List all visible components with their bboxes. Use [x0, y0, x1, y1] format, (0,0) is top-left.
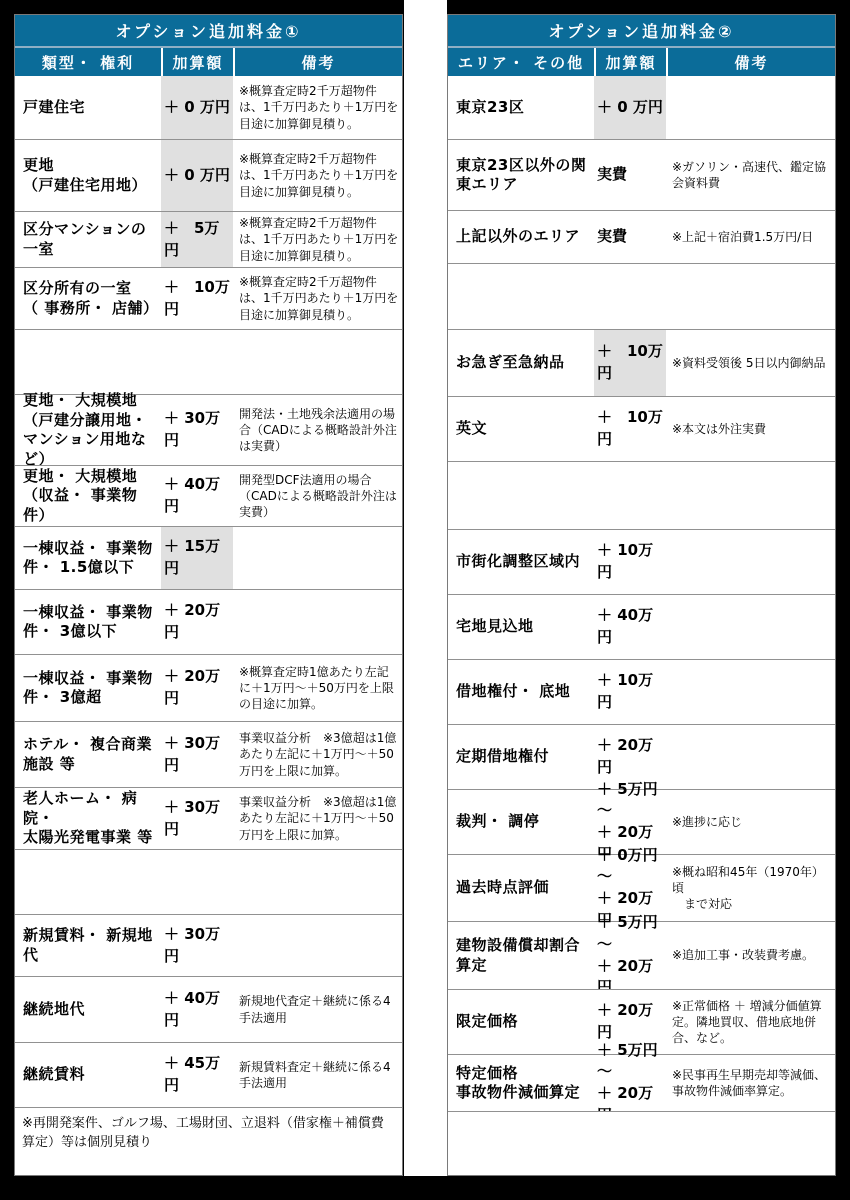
table-row: 上記以外のエリア実費※上記＋宿泊費1.5万円/日 [448, 210, 835, 263]
note-cell [233, 850, 402, 914]
table2-column-header-amount: 加算額 [594, 48, 666, 76]
type-cell: 限定価格 [448, 990, 594, 1054]
note-cell: ※概算査定時2千万超物件は、1千万円あたり＋1万円を目途に加算御見積り。 [233, 76, 402, 139]
table-row [15, 849, 402, 914]
type-cell: 継続地代 [15, 977, 161, 1042]
pricing-table-2: オプション追加料金② エリア・ その他 加算額 備考 東京23区＋ 0 万円東京… [447, 14, 836, 1176]
table-row: 特定価格 事故物件減価算定＋ 5万円～ ＋ 20万円※民事再生早期売却等減価、事… [448, 1054, 835, 1111]
type-cell: 一棟収益・ 事業物件・ 3億以下 [15, 590, 161, 654]
table1-body: 戸建住宅＋ 0 万円※概算査定時2千万超物件は、1千万円あたり＋1万円を目途に加… [15, 76, 402, 1107]
table2-body: 東京23区＋ 0 万円東京23区以外の関東エリア実費※ガソリン・高速代、鑑定協会… [448, 76, 835, 1175]
type-cell: 借地権付・ 底地 [448, 660, 594, 724]
amount-cell: ＋ 0 万円 [594, 76, 666, 139]
type-cell: 老人ホーム・ 病院・ 太陽光発電事業 等 [15, 788, 161, 849]
note-cell [233, 330, 402, 394]
amount-cell: ＋ 30万円 [161, 395, 233, 465]
type-cell [448, 462, 594, 529]
table2-column-header-area: エリア・ その他 [448, 48, 594, 76]
table-row: お急ぎ至急納品＋ 10万円※資料受領後 5日以内御納品 [448, 329, 835, 396]
note-cell: ※概算査定時2千万超物件は、1千万円あたり＋1万円を目途に加算御見積り。 [233, 212, 402, 267]
type-cell: 一棟収益・ 事業物件・ 3億超 [15, 655, 161, 721]
type-cell [15, 850, 161, 914]
amount-cell: ＋ 30万円 [161, 915, 233, 976]
amount-cell [161, 330, 233, 394]
center-gap-strip [404, 0, 447, 1176]
table-row: 区分マンションの一室＋ 5万円※概算査定時2千万超物件は、1千万円あたり＋1万円… [15, 211, 402, 267]
type-cell: 更地 （戸建住宅用地） [15, 140, 161, 211]
type-cell: 英文 [448, 397, 594, 461]
note-cell: ※概算査定時2千万超物件は、1千万円あたり＋1万円を目途に加算御見積り。 [233, 140, 402, 211]
type-cell: 一棟収益・ 事業物件・ 1.5億以下 [15, 527, 161, 589]
note-cell [666, 76, 835, 139]
note-cell: 開発法・土地残余法適用の場合（CADによる概略設計外注は実費） [233, 395, 402, 465]
note-cell [666, 595, 835, 659]
note-cell: ※概算査定時1億あたり左記に＋1万円～＋50万円を上限の目途に加算。 [233, 655, 402, 721]
amount-cell: 実費 [594, 140, 666, 210]
table-row: 継続賃料＋ 45万円新規賃料査定＋継続に係る4手法適用 [15, 1042, 402, 1107]
note-cell: ※本文は外注実費 [666, 397, 835, 461]
type-cell: 建物設備償却割合算定 [448, 922, 594, 989]
amount-cell [594, 462, 666, 529]
amount-cell: ＋ 10万円 [594, 530, 666, 594]
type-cell: 更地・ 大規模地 （戸建分譲用地・ マンション用地など） [15, 395, 161, 465]
amount-cell: ＋ 40万円 [594, 595, 666, 659]
table2-column-header-note: 備考 [666, 48, 835, 76]
amount-cell: ＋ 10万円 [594, 397, 666, 461]
table-row: 一棟収益・ 事業物件・ 3億超＋ 20万円※概算査定時1億あたり左記に＋1万円～… [15, 654, 402, 721]
type-cell: お急ぎ至急納品 [448, 330, 594, 396]
amount-cell: ＋ 5万円 [161, 212, 233, 267]
amount-cell: ＋ 0 万円 [161, 140, 233, 211]
table-row: ホテル・ 複合商業施設 等＋ 30万円事業収益分析 ※3億超は1億あたり左記に＋… [15, 721, 402, 787]
amount-cell: ＋ 40万円 [161, 466, 233, 526]
amount-cell [594, 264, 666, 329]
note-cell [666, 725, 835, 789]
note-cell [666, 264, 835, 329]
type-cell [448, 1112, 594, 1175]
type-cell: 区分マンションの一室 [15, 212, 161, 267]
note-cell: 事業収益分析 ※3億超は1億あたり左記に＋1万円～＋50万円を上限に加算。 [233, 788, 402, 849]
table-row: 東京23区＋ 0 万円 [448, 76, 835, 139]
type-cell: 更地・ 大規模地 （収益・ 事業物件） [15, 466, 161, 526]
amount-cell: ＋ 20万円 [161, 655, 233, 721]
table1-column-header-row: 類型・ 権利 加算額 備考 [15, 48, 402, 76]
amount-cell: ＋ 10万円 [594, 330, 666, 396]
amount-cell: ＋ 30万円 [161, 788, 233, 849]
amount-cell: ＋ 45万円 [161, 1043, 233, 1107]
type-cell: 宅地見込地 [448, 595, 594, 659]
table-row: 更地・ 大規模地 （戸建分譲用地・ マンション用地など）＋ 30万円開発法・土地… [15, 394, 402, 465]
table2-column-header-row: エリア・ その他 加算額 備考 [448, 48, 835, 76]
type-cell: 戸建住宅 [15, 76, 161, 139]
amount-cell: ＋ 5万円～ ＋ 20万円 [594, 1055, 666, 1111]
type-cell: 継続賃料 [15, 1043, 161, 1107]
table1-column-header-note: 備考 [233, 48, 402, 76]
type-cell [448, 264, 594, 329]
table-row: 区分所有の一室 （ 事務所・ 店舗）＋ 10万円※概算査定時2千万超物件は、1千… [15, 267, 402, 329]
note-cell: 開発型DCF法適用の場合（CADによる概略設計外注は実費） [233, 466, 402, 526]
table-row: 建物設備償却割合算定＋ 5万円～ ＋ 20万円※追加工事・改装費考慮。 [448, 921, 835, 989]
amount-cell: ＋ 10万円 [594, 660, 666, 724]
type-cell: 東京23区以外の関東エリア [448, 140, 594, 210]
amount-cell: ＋ 30万円 [161, 722, 233, 787]
table1-column-header-amount: 加算額 [161, 48, 233, 76]
type-cell: ホテル・ 複合商業施設 等 [15, 722, 161, 787]
table-row: 英文＋ 10万円※本文は外注実費 [448, 396, 835, 461]
table-row: 更地・ 大規模地 （収益・ 事業物件）＋ 40万円開発型DCF法適用の場合（CA… [15, 465, 402, 526]
table-row: 継続地代＋ 40万円新規地代査定＋継続に係る4手法適用 [15, 976, 402, 1042]
type-cell: 区分所有の一室 （ 事務所・ 店舗） [15, 268, 161, 329]
table-row [15, 329, 402, 394]
note-cell: ※民事再生早期売却等減価、事故物件減価率算定。 [666, 1055, 835, 1111]
table-row: 新規賃料・ 新規地代＋ 30万円 [15, 914, 402, 976]
table-row: 更地 （戸建住宅用地）＋ 0 万円※概算査定時2千万超物件は、1千万円あたり＋1… [15, 139, 402, 211]
note-cell [233, 915, 402, 976]
amount-cell [594, 1112, 666, 1175]
table-row [448, 461, 835, 529]
table-row [448, 263, 835, 329]
type-cell: 東京23区 [448, 76, 594, 139]
amount-cell: ＋ 5万円～ ＋ 20万円 [594, 922, 666, 989]
table-row: 一棟収益・ 事業物件・ 3億以下＋ 20万円 [15, 589, 402, 654]
amount-cell: ＋ 40万円 [161, 977, 233, 1042]
type-cell: 過去時点評価 [448, 855, 594, 921]
note-cell: ※ガソリン・高速代、鑑定協会資料費 [666, 140, 835, 210]
table1-column-header-type: 類型・ 権利 [15, 48, 161, 76]
table-row: 一棟収益・ 事業物件・ 1.5億以下＋ 15万円 [15, 526, 402, 589]
table1-title: オプション追加料金① [15, 15, 402, 48]
type-cell [15, 330, 161, 394]
amount-cell [161, 850, 233, 914]
table-row: 老人ホーム・ 病院・ 太陽光発電事業 等＋ 30万円事業収益分析 ※3億超は1億… [15, 787, 402, 849]
note-cell: ※概ね昭和45年（1970年）頃 まで対応 [666, 855, 835, 921]
table2-title: オプション追加料金② [448, 15, 835, 48]
pricing-table-1: オプション追加料金① 類型・ 権利 加算額 備考 戸建住宅＋ 0 万円※概算査定… [14, 14, 403, 1176]
note-cell: ※概算査定時2千万超物件は、1千万円あたり＋1万円を目途に加算御見積り。 [233, 268, 402, 329]
table-row: 市街化調整区域内＋ 10万円 [448, 529, 835, 594]
table-row: 戸建住宅＋ 0 万円※概算査定時2千万超物件は、1千万円あたり＋1万円を目途に加… [15, 76, 402, 139]
note-cell: ※上記＋宿泊費1.5万円/日 [666, 211, 835, 263]
note-cell: 事業収益分析 ※3億超は1億あたり左記に＋1万円～＋50万円を上限に加算。 [233, 722, 402, 787]
note-cell [666, 660, 835, 724]
note-cell [233, 590, 402, 654]
note-cell: ※資料受領後 5日以内御納品 [666, 330, 835, 396]
table-row: 東京23区以外の関東エリア実費※ガソリン・高速代、鑑定協会資料費 [448, 139, 835, 210]
table-row: 宅地見込地＋ 40万円 [448, 594, 835, 659]
note-cell [666, 530, 835, 594]
note-cell: ※進捗に応じ [666, 790, 835, 854]
note-cell: 新規地代査定＋継続に係る4手法適用 [233, 977, 402, 1042]
note-cell [666, 462, 835, 529]
note-cell [233, 527, 402, 589]
note-cell: 新規賃料査定＋継続に係る4手法適用 [233, 1043, 402, 1107]
amount-cell: 実費 [594, 211, 666, 263]
amount-cell: ＋ 20万円 [161, 590, 233, 654]
type-cell: 定期借地権付 [448, 725, 594, 789]
table1-footnote: ※再開発案件、ゴルフ場、工場財団、立退料（借家権＋補償費算定）等は個別見積り [15, 1107, 402, 1175]
amount-cell: ＋ 0 万円 [161, 76, 233, 139]
type-cell: 市街化調整区域内 [448, 530, 594, 594]
table-row: 借地権付・ 底地＋ 10万円 [448, 659, 835, 724]
table-row [448, 1111, 835, 1175]
type-cell: 上記以外のエリア [448, 211, 594, 263]
amount-cell: ＋ 10万円 [161, 268, 233, 329]
type-cell: 裁判・ 調停 [448, 790, 594, 854]
note-cell: ※正常価格 ＋ 増減分価値算定。隣地買収、借地底地併合、など。 [666, 990, 835, 1054]
note-cell [666, 1112, 835, 1175]
amount-cell: ＋ 15万円 [161, 527, 233, 589]
type-cell: 新規賃料・ 新規地代 [15, 915, 161, 976]
note-cell: ※追加工事・改装費考慮。 [666, 922, 835, 989]
page: { "colors": { "page_background": "#00000… [0, 0, 850, 1200]
type-cell: 特定価格 事故物件減価算定 [448, 1055, 594, 1111]
table-row: 過去時点評価＋ 0万円～ ＋ 20万円※概ね昭和45年（1970年）頃 まで対応 [448, 854, 835, 921]
